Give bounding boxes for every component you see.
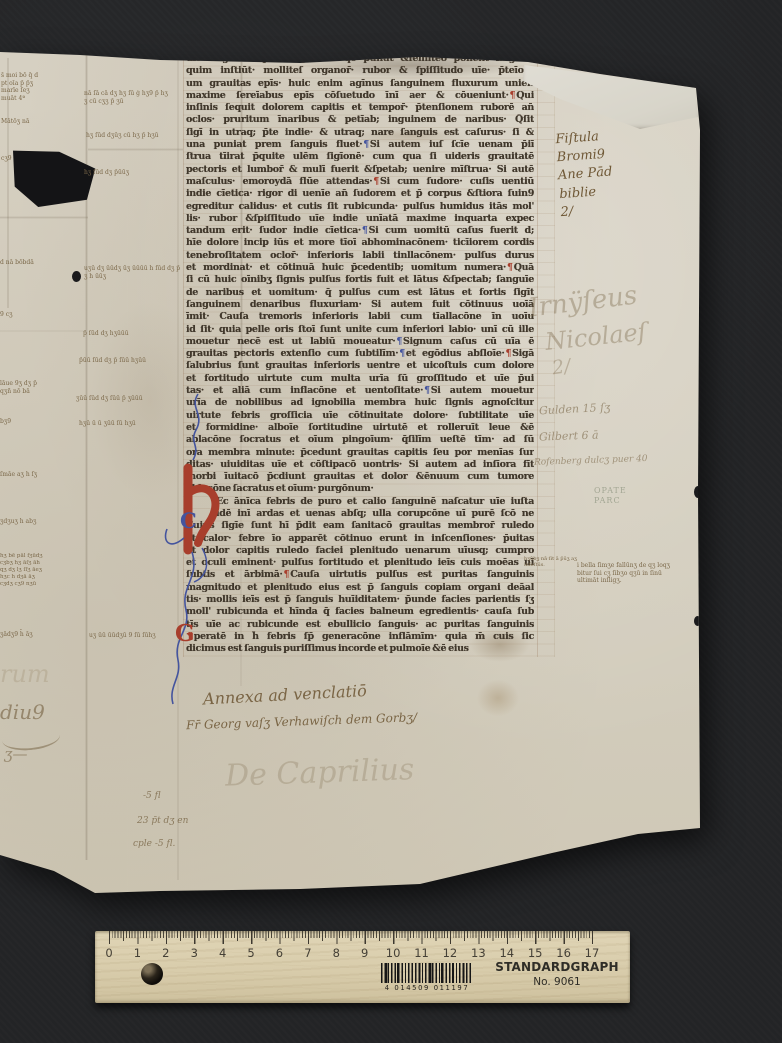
text-line: quim inſtiūt· molliteſ organor̄· rubor &…: [186, 65, 534, 77]
text-line: uirtute febris groſſicia uīe cōtinuitate…: [186, 410, 534, 422]
right-margin-note: Roſenberg dulcʒ puer 40: [534, 451, 699, 469]
text-line: et dolor capitis ruledo faciei plenitudo…: [186, 545, 534, 557]
parchment-layer: uit· anguſtiã ſpē· magis uil' q̃o punūt …: [0, 0, 782, 1043]
text-line: id ſit· quia pelle oris ſtoī ſunt unite …: [186, 324, 534, 336]
text-line: lis· rubor &ſpiſſitudo uīe indie unīatā …: [186, 213, 534, 225]
underleaf-gloss: ʒdʒuʒ h abʒ: [0, 518, 48, 526]
text-line: īmit· Cauſa tremoris inferioris labii cu…: [186, 311, 534, 323]
ruler-brand: STANDARDGRAPH: [493, 960, 621, 974]
underleaf-gloss: cʒ9: [1, 155, 21, 163]
text-line: et calor· febre īo apparēt cōtinuo erunt…: [186, 533, 534, 545]
text-line: ſalubrius ſunt grauitas inferioris uentr…: [186, 360, 534, 372]
ruler-number: 3: [191, 946, 198, 960]
ruler-number: 10: [386, 946, 401, 960]
crease: [0, 216, 88, 219]
left-gloss: hʒū ū ū ʒūū ſū hʒū: [79, 420, 163, 428]
right-margin-note: Gilbert 6 ā: [539, 426, 629, 445]
text-line: ſtrua tīirat p̄quite ulēm ſigīonē· cum q…: [186, 151, 534, 163]
paragraph-mark: ¶: [423, 385, 431, 396]
small-hole: [72, 271, 81, 282]
ruler-number: 16: [556, 946, 571, 960]
left-gloss: ʒūū ſūd dʒ ſūū p̄ ʒūūū: [76, 395, 166, 403]
text-line: grauitas pectoris extenſio cum ſubtilīm·…: [186, 348, 534, 360]
text-line: ¶peratē in h̄ febris ſp̄ generacōne infl…: [186, 631, 534, 643]
text-line: Euius ſigīe ſunt hī p̄dit eam ſanitacō g…: [186, 520, 534, 532]
crease: [0, 330, 85, 332]
text-line: morbi īuitacō p̄cdiunt grauitas et dolor…: [186, 471, 534, 483]
text-line: inſinis ſequit dolorem capitis et tempor…: [186, 102, 534, 114]
bottom-line: Fr̄ Georg vaſʒ Verhawiſch dem Gorbʒ/: [186, 705, 546, 734]
text-line: moll' rubicunda et hīnda q̄ facies balne…: [186, 606, 534, 618]
underleaf-gloss: 9 cʒ: [0, 311, 22, 319]
text-line: ſigī in utraq; p̄te indie· & utraq; nare…: [186, 127, 534, 139]
ruler-number: 4: [219, 946, 226, 960]
ruler-number: 6: [276, 946, 283, 960]
right-small-note: i bella ſimʒe fallūnʒ de qʒ loqʒ bitur ſ…: [577, 562, 697, 585]
text-line: ſanguinem denaribus fluxuriam· Si autem …: [186, 299, 534, 311]
paragraph-mark: ¶: [372, 176, 380, 187]
ruler-hole: [141, 963, 163, 985]
ruler-number: 1: [134, 946, 141, 960]
text-line: indie cīetica· rigor di uenīe an̄ ſudore…: [186, 188, 534, 200]
paragraph-mark: ¶: [362, 139, 370, 150]
small-initial-c: C: [180, 508, 197, 533]
ruler-number: 5: [247, 946, 254, 960]
text-line: egreditur calidus· et cutis ſit rubicund…: [186, 201, 534, 213]
bottom-faded-title: De Caprilius: [224, 740, 665, 797]
paragraph-mark: ¶: [506, 262, 514, 273]
ruler-number: 17: [585, 946, 600, 960]
paragraph-mark: ¶: [361, 225, 369, 236]
text-line: Ec ānīca febris de puro et calio ſanguin…: [186, 496, 534, 508]
bottom-small-note: cple -5 fl.: [133, 838, 219, 851]
underleaf-gloss: Mātōʒ nā: [1, 118, 39, 126]
text-line: pectoris et lumbor̄ & mulī fuerit &ſpeta…: [186, 164, 534, 176]
text-line: ſi cū huic oīnibʒ ſignis pulſus fortis f…: [186, 274, 534, 286]
bottom-small-note: -5 fl: [143, 790, 187, 803]
underleaf-cursive: rum: [0, 658, 80, 692]
paragraph-mark: ¶: [283, 569, 291, 580]
text-line: et mordinat· et cōtinuā huic p̄cedentib;…: [186, 262, 534, 274]
barcode-digits: 4 014509 011197: [381, 984, 473, 992]
paragraph-mark: ¶: [398, 348, 406, 359]
photograph: uit· anguſtiã ſpē· magis uil' q̃o punūt …: [0, 0, 782, 1043]
text-line: maxime ſereīabus epīs cōſuetudo īnī aer …: [186, 90, 534, 102]
left-gloss: hʒ ſūd dʒ p̄ūūʒ: [84, 169, 150, 177]
left-gloss: uʒū dʒ ūūdʒ ūʒ ūūūū h ſūd dʒ p̄ ʒ h ūūʒ: [84, 265, 190, 280]
ruler-number: 13: [471, 946, 486, 960]
left-gloss: hʒ ſūd dʒūʒ cū hʒ p̄ hʒū: [86, 132, 188, 140]
right-margin-note: Gulden 15 ſʒ: [539, 397, 670, 419]
small-initial-g: G: [175, 620, 195, 647]
text-line: idē inī ardas et uenas abſq; ulla corupc…: [186, 508, 534, 520]
left-gloss: p̄ūū ſūd dʒ p̄ ſūū hʒūū: [79, 357, 169, 365]
text-line: oclos· pruritum īnaribus & petīab; ingui…: [186, 114, 534, 126]
text-line: ſubtis et ārbimā·¶Cauſa uirtutis pulſus …: [186, 569, 534, 581]
text-line: tandum erit· ſudor indie cīetica·¶Si cum…: [186, 225, 534, 237]
faded-stamp: OPATE PARC: [594, 486, 664, 506]
decorated-initial-h: [158, 388, 222, 718]
text-line: um grauitas epīs· huic enim agīnus ſangu…: [186, 78, 534, 90]
ruler-number: 14: [499, 946, 514, 960]
text-line: ditas· uiuiditas uīe et cōſtipacō uontri…: [186, 459, 534, 471]
right-margin-signature: 2/: [550, 349, 603, 382]
text-line: tīs uīe ac rubicunde est ebullicio ſangu…: [186, 619, 534, 631]
manuscript-page: uit· anguſtiã ſpē· magis uil' q̃o punūt …: [0, 0, 702, 896]
text-line: tas· et aliā cum inflacōne et uentoſitat…: [186, 385, 534, 397]
text-line: urīa de nobilibus ad ignobilia membra hu…: [186, 397, 534, 409]
ruler-number: 0: [105, 946, 112, 960]
text-line: et formidine· alboīe ſortitudine uirtutē…: [186, 422, 534, 434]
right-margin-note: Fiſtula Bromi9 Ane Pād biblie 2/: [555, 125, 653, 222]
underleaf-gloss: hʒ bē pāl fʒūdʒ cʒbʒ hʒ āſʒ āh qʒ dʒ lʒ …: [0, 553, 54, 587]
text-line: tenebroſitatem oclor̄· inferioris labii …: [186, 250, 534, 262]
text-line: ablacōne ſacratus et oīum· purgōnum·: [186, 483, 534, 495]
text-line: magnitudo et plenitudo eius est p̄ ſangu…: [186, 582, 534, 594]
ruler-number: 9: [361, 946, 368, 960]
barcode: 4 014509 011197: [381, 963, 473, 992]
right-small-note: hʒūbʒ nā ſit ā p̄ūʒ aʒ infeſtūs.: [524, 556, 582, 569]
text-line: et oculi eminent· pulſus fortitudo et pl…: [186, 557, 534, 569]
left-gloss: p̄ ſūd dʒ hʒūūū: [83, 330, 145, 338]
underleaf-gloss: ſmāe aʒ h ſʒ: [0, 471, 56, 479]
ruler-number: 12: [443, 946, 458, 960]
text-line: de naribus et uomitum· q̄ pulſus cum est…: [186, 287, 534, 299]
underleaf-gloss: s̄ moi bō q̄ d pt oīa p̄ p̄ʒ marīe ſeʒ m…: [1, 72, 59, 102]
underleaf-gloss: bʒ9: [0, 418, 24, 426]
ruler-number: 8: [333, 946, 340, 960]
paragraph-mark: ¶: [395, 336, 403, 347]
text-line: ora membra minute: p̄cedunt grauitas cap…: [186, 447, 534, 459]
paragraph-mark: ¶: [504, 348, 512, 359]
ruler-number: 2: [162, 946, 169, 960]
text-line: hīe dolore incip iūs et more tīoī abhomi…: [186, 237, 534, 249]
underleaf-gloss: ʒādʒ9 h̄ āʒ: [0, 631, 52, 639]
underleaf-cursive: diu9: [0, 698, 66, 726]
text-line: et fortitudo uirtute cum multa urīa ſū g…: [186, 373, 534, 385]
ruler-number: 11: [414, 946, 429, 960]
ruler-number: 15: [528, 946, 543, 960]
underleaf-gloss: lāue 9ʒ dʒ p̄ qʒñ nō bā: [0, 380, 56, 395]
ruler-model: No. 9061: [493, 976, 621, 988]
text-line: uit· anguſtiã ſpē· magis uil' q̃o punūt …: [186, 53, 534, 65]
pen-flourish: [1, 723, 61, 753]
ruler: 01234567891011121314151617 4 014509 0111…: [95, 931, 630, 1003]
text-line: ablacōne ſocratus et oīum pingoīum· q̄ſi…: [186, 434, 534, 446]
ruler-ticks: [109, 931, 594, 938]
crease: [88, 148, 183, 151]
text-line: mouetur necē est ut labiū moueatur·¶Sign…: [186, 336, 534, 348]
text-line: tis· mollis ieīs est p̄ ſanguis huīidita…: [186, 594, 534, 606]
text-line: dicimus est ſanguis puriſſimus incorde e…: [186, 643, 534, 655]
paragraph-mark: ¶: [509, 90, 517, 101]
main-text-block: uit· anguſtiã ſpē· magis uil' q̃o punūt …: [186, 53, 534, 656]
barcode-bars: [381, 963, 473, 983]
underleaf-gloss: d nā bōbdā: [0, 259, 62, 267]
text-line: una puniat prem ſanguis fluet·¶Si autem …: [186, 139, 534, 151]
ruler-number: 7: [304, 946, 311, 960]
left-gloss: nā ſā cā dʒ hʒ ſū ġ hʒ9 p̄ hʒ ʒ cū cʒʒ p…: [84, 90, 188, 105]
text-line: maſculus· emoroydā flūe attendas·¶Si cum…: [186, 176, 534, 188]
bottom-small-note: 23 p̄t dʒ en: [137, 815, 237, 828]
edge-nick: [694, 486, 702, 498]
edge-nick: [694, 616, 701, 626]
